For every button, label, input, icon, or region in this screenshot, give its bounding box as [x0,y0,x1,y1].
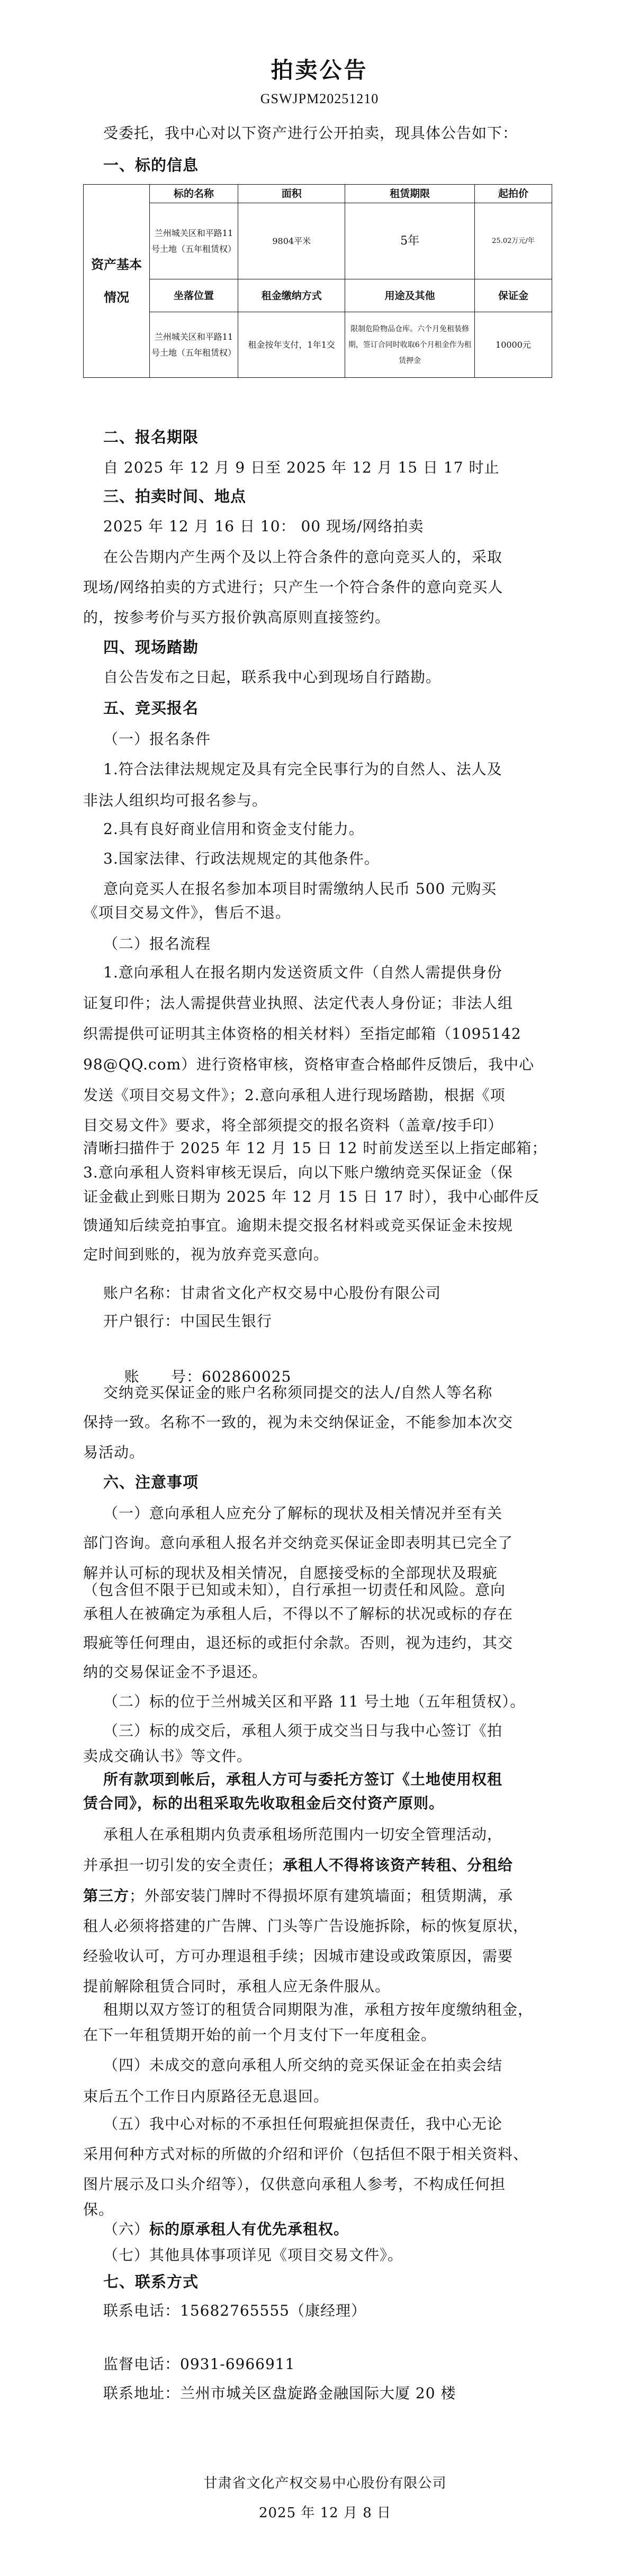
safety-clause: 经验收认可，方可办理退租手续；因城市建设或政策原因，需要 [83,1946,556,1967]
rent-term: 在下一年租赁期开始的前一个月支付下一年度租金。 [83,2025,556,2046]
table-cell-area: 9804平米 [238,203,345,279]
notice-item-2: （二）标的位于兰州城关区和平路 11 号土地（五年租赁权）。 [83,1691,576,1712]
asset-info-table: 资产基本情况 标的名称 面积 租赁期限 起拍价 兰州城关区和平路11号土地（五年… [83,184,552,378]
fee-line: 意向竞买人在报名参加本项目时需缴纳人民币 500 元购买 [83,878,576,900]
contact-address-value: 兰州市城关区盘旋路金融国际大厦 20 楼 [180,2384,456,2402]
process-line: 织需提供可证明其主体资格的相关材料）至指定邮箱（1095142 [83,1023,556,1045]
safety-clause: 并承担一切引发的安全责任；承租人不得将该资产转租、分租给 [83,1855,556,1876]
footer-date: 2025 年 12 月 8 日 [174,2502,476,2521]
table-header-cell: 用途及其他 [345,279,475,312]
process-line: 证复印件；法人需提供营业执照、法定代表人身份证；非法人组 [83,993,556,1014]
table-cell-term: 5年 [345,203,475,279]
table-cell-location: 兰州城关区和平路11号土地（五年租赁权） [149,312,238,378]
process-line: 发送《项目交易文件》；2.意向承租人进行现场踏勘，根据《项 [83,1085,556,1106]
table-header-cell: 面积 [238,185,345,203]
payment-clause: 赁合同》，标的出租采取先收取租金后交付资产原则。 [83,1793,556,1814]
account-bank-value: 中国民生银行 [180,1312,272,1330]
section-heading-5: 五、竞买报名 [83,697,576,719]
condition-2: 2.具有良好商业信用和资金支付能力。 [83,819,576,840]
item6-bold-text: 标的原承租人有优先承租权。 [149,2220,349,2238]
condition-1-cont: 非法人组织均可报名参与。 [83,790,556,811]
safety-text: ；外部安装门牌时不得损坏原有建筑墙面；租赁期满，承 [129,1887,513,1904]
table-header-cell: 起拍价 [474,185,552,203]
process-line: 1.意向承租人在报名期内发送资质文件（自然人需提供身份 [83,962,576,983]
safety-bold-text: 承租人不得将该资产转租、分租给 [283,1856,513,1874]
contact-phone-value[interactable]: 15682765555（康经理） [180,2302,366,2319]
account-name-row: 账户名称：甘肃省文化产权交易中心股份有限公司 [83,1283,576,1304]
section-heading-4: 四、现场踏勘 [83,637,576,658]
notice-item-3: （三）标的成交后，承租人须于成交当日与我中心签订《拍 [83,1720,576,1741]
table-header-cell: 租金缴纳方式 [238,279,345,312]
contact-phone-row: 联系电话：15682765555（康经理） [83,2300,576,2321]
notice-item-1: 承租人在被确定为承租人后，不得以不了解标的状况或标的存在 [83,1603,556,1625]
page-title: 拍卖公告 [83,53,556,85]
notice-item-5: （五）我中心对标的不承担任何瑕疵担保责任，我中心无论 [83,2114,576,2135]
rent-term: 租期以双方签订的租赁合同期限为准，承租方按年度缴纳租金， [83,1999,576,2020]
paragraph-line: 现场/网络拍卖的方式进行；只产生一个符合条件的意向竞买人 [83,577,556,598]
condition-1: 1.符合法律法规规定及具有完全民事行为的自然人、法人及 [83,759,576,780]
account-name-value: 甘肃省文化产权交易中心股份有限公司 [180,1284,441,1302]
notice-item-1: （包含但不限于已知或未知），自行承担一切责任和风险。意向 [83,1580,556,1601]
account-note-line: 易活动。 [83,1442,556,1463]
section-heading-3: 三、拍卖时间、地点 [83,486,576,507]
table-header-cell: 标的名称 [149,185,238,203]
notice-item-3: 卖成交确认书》等文件。 [83,1746,556,1767]
table-header-cell: 租赁期限 [345,185,475,203]
supervise-phone-label: 监督电话： [103,2355,180,2373]
site-visit-text: 自公告发布之日起，联系我中心到现场自行踏勘。 [83,667,576,688]
footer-org: 甘肃省文化产权交易中心股份有限公司 [174,2472,476,2492]
process-line: 定时间到账的，视为放弃竞买意向。 [83,1244,556,1265]
notice-item-1: 瑕疵等任何理由，退还标的或拒付余款。否则，视为违约，其交 [83,1632,556,1654]
process-line: 清晰扫描件于 2025 年 12 月 15 日 12 时前发送至以上指定邮箱； [83,1138,556,1159]
notice-item-7: （七）其他具体事项详见《项目交易文件》。 [83,2245,576,2266]
account-bank-label: 开户银行： [103,1312,180,1330]
safety-clause: 租人必须将搭建的广告牌、门头等广告设施拆除，标的恢复原状， [83,1916,556,1937]
payment-clause: 所有款项到帐后，承租人方可与委托方签订《土地使用权租 [83,1769,576,1790]
table-header-cell: 坐落位置 [149,279,238,312]
table-cell-name: 兰州城关区和平路11号土地（五年租赁权） [149,203,238,279]
notice-item-1: 纳的交易保证金不予退还。 [83,1662,556,1683]
process-line: 目交易文件》要求，将全部须提交的报名资料（盖章/按手印） [83,1115,556,1136]
table-header-cell: 保证金 [474,279,552,312]
account-note-line: 交纳竞买保证金的账户名称须同提交的法人/自然人等名称 [83,1382,576,1403]
table-cell-deposit: 10000元 [474,312,552,378]
account-name-label: 账户名称： [103,1284,180,1302]
account-bank-row: 开户银行：中国民生银行 [83,1311,576,1332]
section-heading-7: 七、联系方式 [83,2271,576,2292]
auction-time: 2025 年 12 月 16 日 10： 00 现场/网络拍卖 [83,516,576,537]
notice-item-1: （一）意向承租人应充分了解标的现状及相关情况并至有关 [83,1503,576,1524]
paragraph-line: 的，按参考价与买方报价孰高原则直接签约。 [83,607,556,628]
contact-phone-label: 联系电话： [103,2302,180,2319]
contact-address-row: 联系地址：兰州市城关区盘旋路金融国际大厦 20 楼 [83,2383,576,2404]
notice-item-4: （四）未成交的意向承租人所交纳的竞买保证金在拍卖会结 [83,2055,576,2076]
safety-clause: 第三方；外部安装门牌时不得损坏原有建筑墙面；租赁期满，承 [83,1885,556,1907]
fee-line: 《项目交易文件》，售后不退。 [83,902,556,923]
notice-item-5: 图片展示及口头介绍等），仅供意向承租人参考，不构成任何担 [83,2174,556,2195]
notice-item-4: 束后五个工作日内原路径无息退回。 [83,2086,556,2107]
supervise-phone-row: 监督电话：0931-6966911 [83,2354,576,2375]
account-note-line: 保持一致。名称不一致的，视为未交纳保证金，不能参加本次交 [83,1412,556,1433]
process-line: 98@QQ.com）进行资格审核，资格审查合格邮件反馈后，我中心 [83,1054,556,1075]
notice-item-1: 部门咨询。意向承租人报名并交纳竞买保证金即表明其已完全了 [83,1532,556,1554]
section-heading-6: 六、注意事项 [83,1472,576,1493]
supervise-phone-value[interactable]: 0931-6966911 [180,2355,295,2373]
section-heading-2: 二、报名期限 [83,427,576,448]
safety-clause: 提前解除租赁合同时，承租人应无条件服从。 [83,1976,556,1997]
table-side-label: 资产基本情况 [84,185,150,378]
process-line: 证金截止到账日期为 2025 年 12 月 15 日 17 时），我中心邮件反 [83,1186,556,1208]
subheading-conditions: （一）报名条件 [83,729,576,750]
section-heading-1: 一、标的信息 [83,155,576,176]
table-cell-start-price: 25.02万元/年 [474,203,552,279]
notice-item-6: （六）标的原承租人有优先承租权。 [83,2219,576,2240]
notice-item-5: 采用何种方式对标的所做的介绍和评价（包括但不限于相关资料、 [83,2144,556,2165]
contact-address-label: 联系地址： [103,2384,180,2402]
process-line: 馈通知后续竞拍事宜。逾期未提交报名材料或竞买保证金未按规 [83,1215,556,1236]
safety-text: 并承担一切引发的安全责任； [83,1856,283,1874]
process-line: 3.意向承租人资料审核无误后，向以下账户缴纳竞买保证金（保 [83,1162,556,1183]
condition-3: 3.国家法律、行政法规规定的其他条件。 [83,848,576,869]
item6-prefix: （六） [103,2220,149,2238]
notice-item-5: 保。 [83,2199,556,2220]
safety-bold-text: 第三方 [83,1887,129,1904]
notice-code: GSWJPM20251210 [83,91,556,107]
paragraph-line: 在公告期内产生两个及以上符合条件的意向竞买人的，采取 [83,547,576,568]
safety-clause: 承租人在承租期内负责承租场所范围内一切安全管理活动， [83,1824,576,1845]
subheading-process: （二）报名流程 [83,933,576,955]
registration-period: 自 2025 年 12 月 9 日至 2025 年 12 月 15 日 17 时… [83,457,576,478]
table-cell-payment-method: 租金按年支付，1年1交 [238,312,345,378]
intro-text: 受委托，我中心对以下资产进行公开拍卖，现具体公告如下： [83,123,576,144]
table-cell-usage: 限制危险物品仓库。六个月免租装修期，签订合同时收取6个月租金作为租赁押金 [345,312,475,378]
